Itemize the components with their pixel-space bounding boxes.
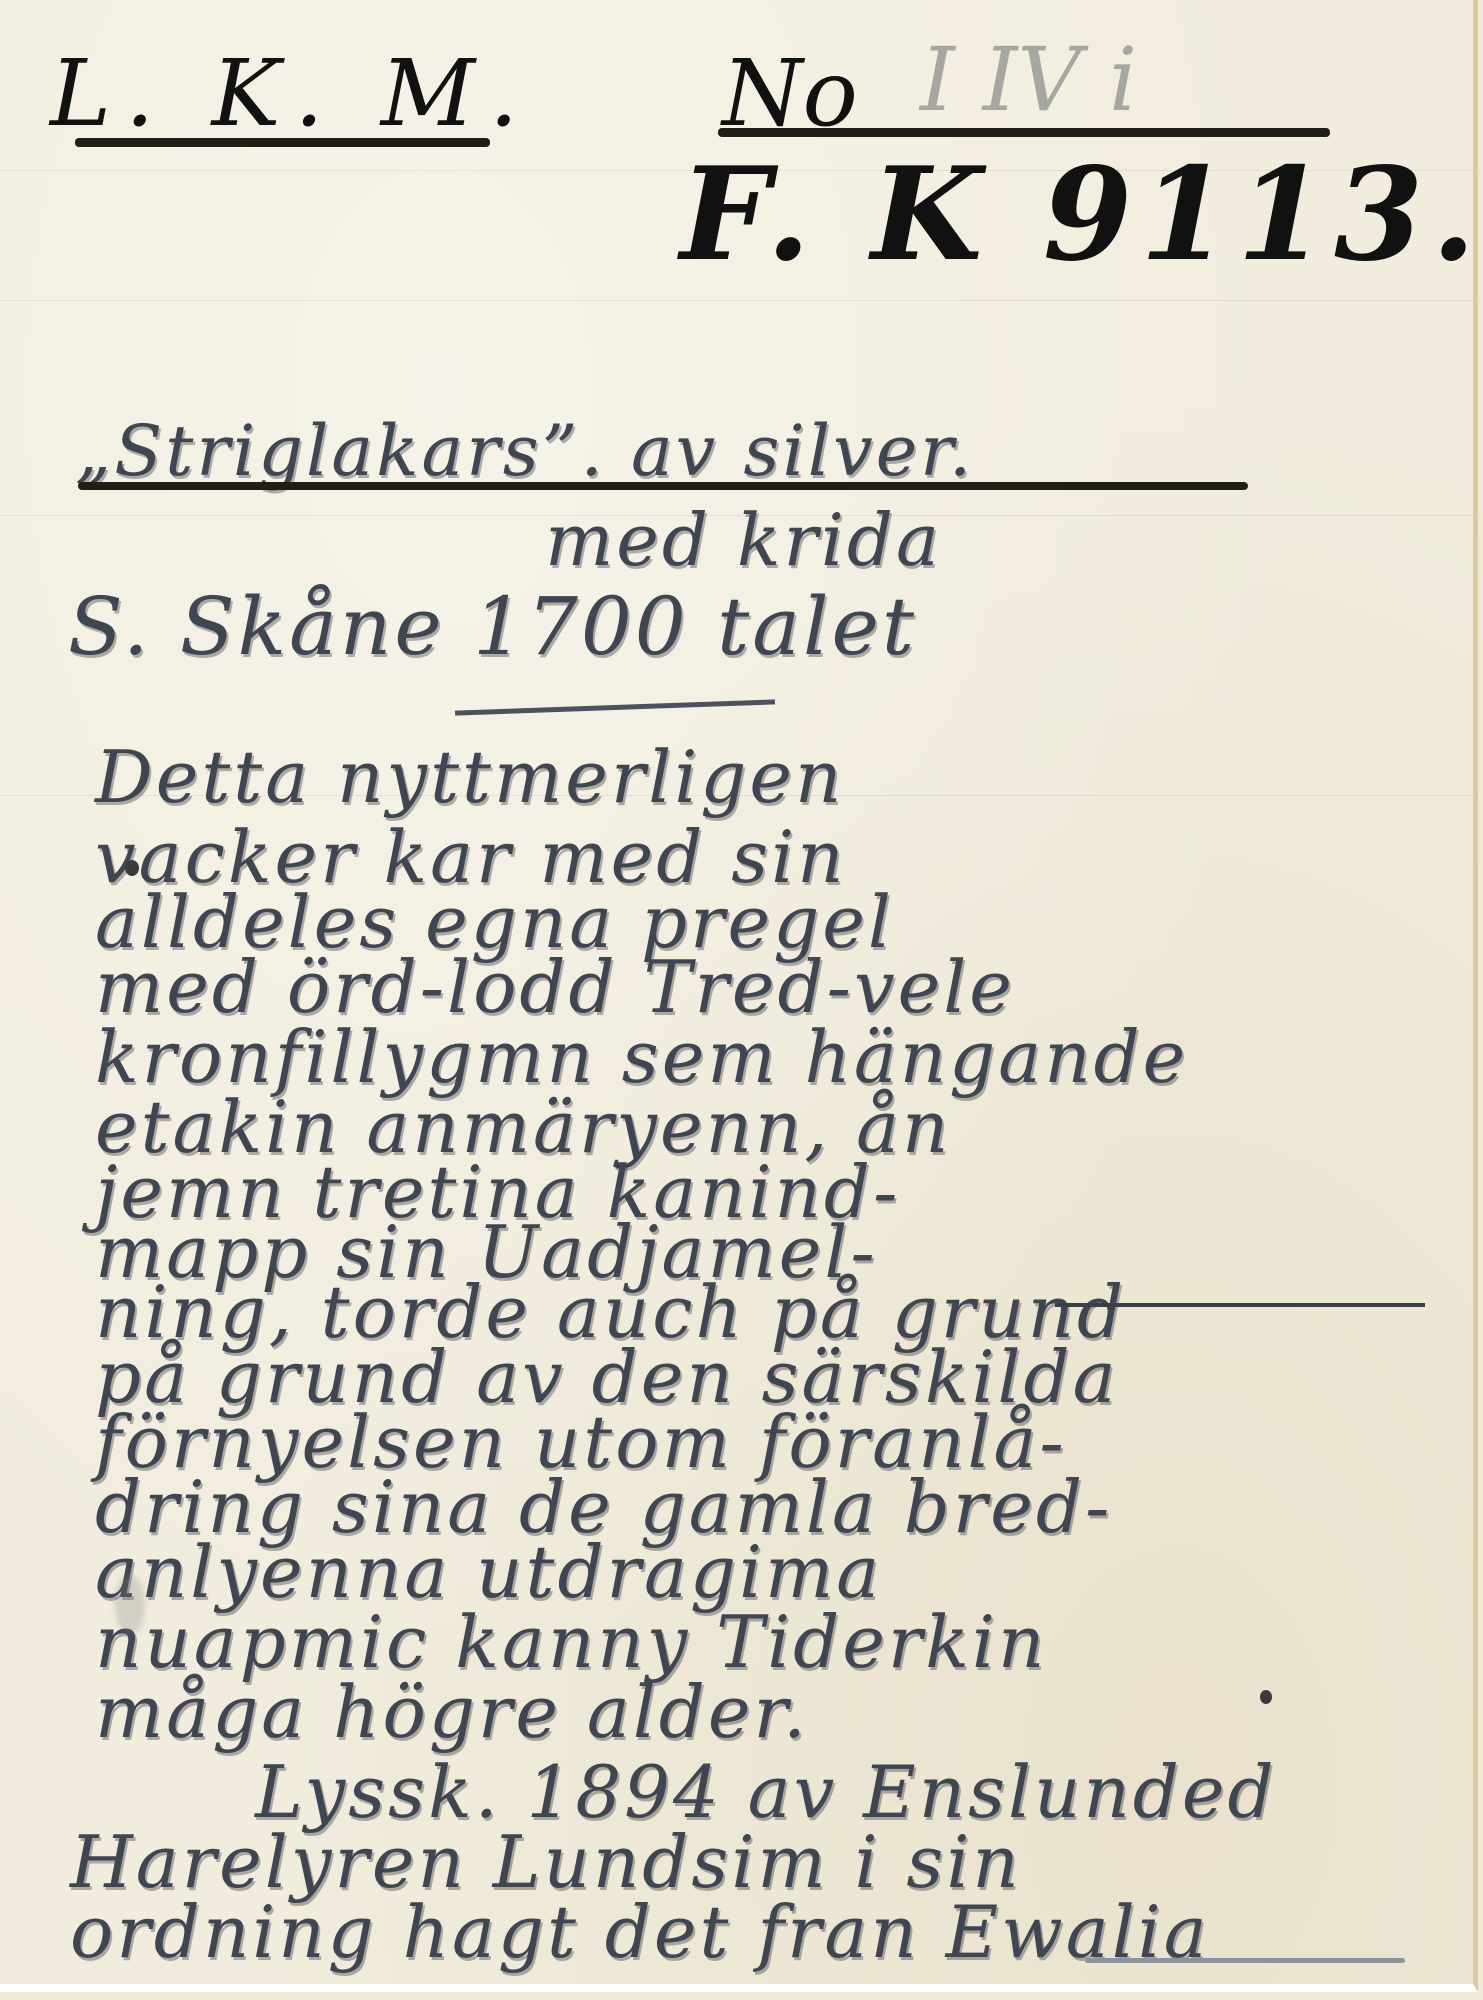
pencil-number: I IV i [920,28,1137,131]
object-name: „Striglakars”. av silver. [75,410,974,492]
ink-dot [125,860,139,876]
ink-smudge [115,1575,145,1635]
collection-underline [75,138,490,147]
provenance-line: S. Skåne 1700 talet [68,580,917,673]
faint-rule [0,300,1473,301]
footer-line: ordning hagt det fran Ewalia [70,1890,1210,1974]
body-line: Detta nyttmerligen [95,735,844,819]
insertion-mark [455,699,775,715]
ink-dot [1260,1690,1272,1704]
word-underline [1085,1958,1405,1963]
archive-catalog-card: L. K. M. No I IV i F. K 9113. „Striglaka… [0,0,1478,1992]
number-rule [718,128,1330,137]
collection-code: L. K. M. [50,40,532,147]
body-line: måga högre alder. [95,1670,809,1754]
strikethrough [1055,1303,1425,1307]
title-insertion: med krida [545,498,942,582]
title-rule [78,482,1248,490]
catalog-number: F. K 9113. [680,140,1483,290]
